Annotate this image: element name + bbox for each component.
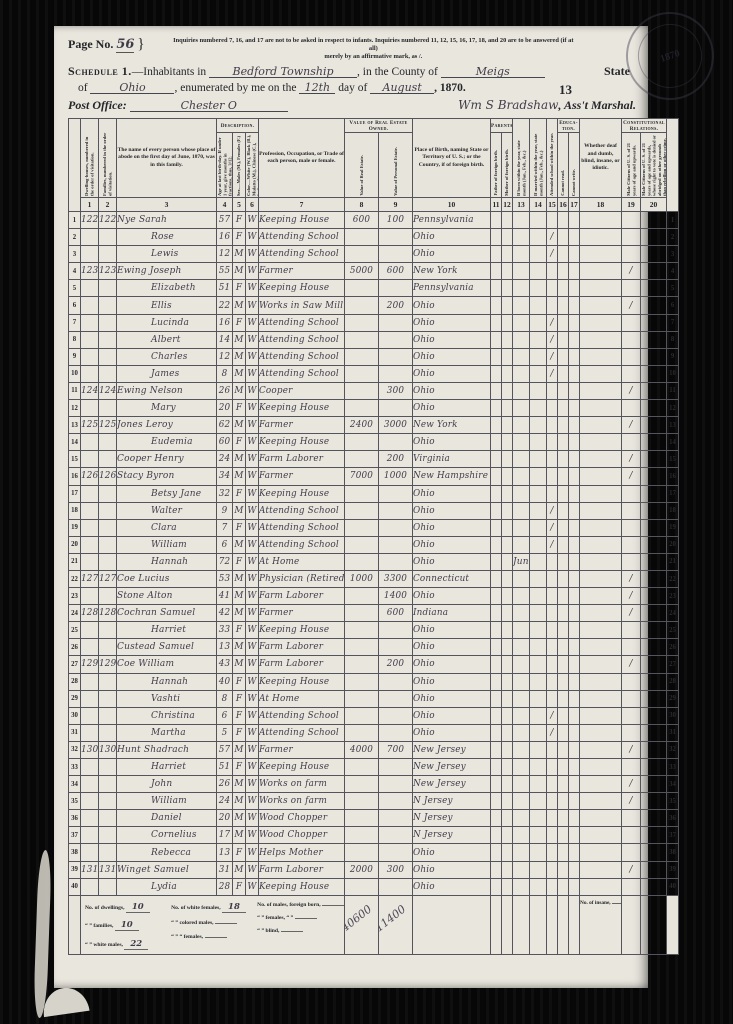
cell-pe bbox=[379, 553, 413, 570]
cell-occ: Attending School bbox=[259, 519, 345, 536]
cell-re bbox=[345, 553, 379, 570]
cell-fam bbox=[99, 331, 117, 348]
cell-c15: / bbox=[547, 536, 558, 553]
cell-c18 bbox=[580, 656, 622, 673]
cell-c20 bbox=[641, 724, 667, 741]
cell-c14 bbox=[530, 707, 547, 724]
cell-c20 bbox=[641, 417, 667, 434]
cell-c16 bbox=[558, 622, 569, 639]
cell-sex: F bbox=[233, 878, 246, 895]
cell-c20 bbox=[641, 280, 667, 297]
cell-c11 bbox=[491, 690, 502, 707]
cell-c20 bbox=[641, 759, 667, 776]
cell-c11 bbox=[491, 485, 502, 502]
table-row: 11124124Ewing Nelson26MWCooper300Ohio/11 bbox=[69, 382, 679, 399]
cell-c16 bbox=[558, 844, 569, 861]
cell-birth: Ohio bbox=[413, 553, 491, 570]
cell-c20 bbox=[641, 229, 667, 246]
cell-c14 bbox=[530, 280, 547, 297]
cell-col: W bbox=[246, 639, 259, 656]
white-males-total: 22 bbox=[124, 939, 148, 950]
cell-c13 bbox=[513, 570, 530, 587]
cell-c15 bbox=[547, 793, 558, 810]
cell-col: W bbox=[246, 536, 259, 553]
cell-name: Eudemia bbox=[117, 434, 217, 451]
cell-c19 bbox=[622, 844, 641, 861]
cell-col: W bbox=[246, 365, 259, 382]
cell-c19 bbox=[622, 707, 641, 724]
cell-c14 bbox=[530, 861, 547, 878]
cell-pe bbox=[379, 776, 413, 793]
cell-c20 bbox=[641, 553, 667, 570]
cell-age: 53 bbox=[217, 570, 233, 587]
cell-c12 bbox=[502, 331, 513, 348]
cell-dw: 126 bbox=[81, 468, 99, 485]
cell-pe: 3000 bbox=[379, 417, 413, 434]
cell-fam: 125 bbox=[99, 417, 117, 434]
cell-pe bbox=[379, 639, 413, 656]
cell-sex: F bbox=[233, 314, 246, 331]
cell-c17 bbox=[569, 382, 580, 399]
table-row: 28Hannah40FWKeeping HouseOhio28 bbox=[69, 673, 679, 690]
header-col13: If born within the year, state month (Ja… bbox=[513, 119, 530, 198]
cell-birth: Ohio bbox=[413, 707, 491, 724]
cell-pe bbox=[379, 502, 413, 519]
cell-col: W bbox=[246, 622, 259, 639]
cell-col: W bbox=[246, 468, 259, 485]
cell-occ: Keeping House bbox=[259, 878, 345, 895]
cell-age: 12 bbox=[217, 246, 233, 263]
cell-re bbox=[345, 502, 379, 519]
cell-c15 bbox=[547, 297, 558, 314]
cell-re bbox=[345, 519, 379, 536]
cell-c15: / bbox=[547, 246, 558, 263]
cell-pe bbox=[379, 229, 413, 246]
cell-c16 bbox=[558, 553, 569, 570]
cell-c15 bbox=[547, 861, 558, 878]
cell-birth: Virginia bbox=[413, 451, 491, 468]
cell-dw bbox=[81, 502, 99, 519]
header-col20: Male Citizens of U. S. of 21 years of ag… bbox=[641, 133, 667, 198]
cell-c13 bbox=[513, 468, 530, 485]
census-table-body: 1122122Nye Sarah57FWKeeping House600100P… bbox=[69, 212, 679, 896]
cell-c16 bbox=[558, 690, 569, 707]
cell-n: 37 bbox=[667, 827, 679, 844]
cell-re bbox=[345, 656, 379, 673]
table-row: 9Charles12MWAttending SchoolOhio/9 bbox=[69, 348, 679, 365]
cell-c16 bbox=[558, 588, 569, 605]
cell-pe bbox=[379, 690, 413, 707]
cell-c19 bbox=[622, 622, 641, 639]
cell-c12 bbox=[502, 861, 513, 878]
cell-c18 bbox=[580, 588, 622, 605]
cell-c14 bbox=[530, 741, 547, 758]
cell-age: 7 bbox=[217, 519, 233, 536]
column-number: 5 bbox=[233, 198, 246, 212]
cell-c19: / bbox=[622, 468, 641, 485]
footer-cell-c13 bbox=[513, 895, 530, 954]
cell-re bbox=[345, 844, 379, 861]
cell-n: 36 bbox=[69, 810, 81, 827]
cell-fam: 131 bbox=[99, 861, 117, 878]
cell-c16 bbox=[558, 827, 569, 844]
cell-c19 bbox=[622, 536, 641, 553]
cell-c19 bbox=[622, 690, 641, 707]
cell-c17 bbox=[569, 810, 580, 827]
cell-pe bbox=[379, 810, 413, 827]
cell-sex: M bbox=[233, 263, 246, 280]
cell-c16 bbox=[558, 400, 569, 417]
cell-name: Ewing Joseph bbox=[117, 263, 217, 280]
cell-c11 bbox=[491, 502, 502, 519]
cell-c14 bbox=[530, 519, 547, 536]
cell-c13 bbox=[513, 690, 530, 707]
cell-occ: Works in Saw Mill bbox=[259, 297, 345, 314]
cell-c15 bbox=[547, 827, 558, 844]
personal-estate-total: 11400 bbox=[379, 902, 409, 934]
cell-c15 bbox=[547, 776, 558, 793]
cell-c13 bbox=[513, 776, 530, 793]
cell-c17 bbox=[569, 707, 580, 724]
cell-birth: New Jersey bbox=[413, 776, 491, 793]
cell-c17 bbox=[569, 485, 580, 502]
cell-dw bbox=[81, 451, 99, 468]
table-row: 20William6MWAttending SchoolOhio/20 bbox=[69, 536, 679, 553]
cell-pe bbox=[379, 314, 413, 331]
cell-c11 bbox=[491, 861, 502, 878]
cell-c13 bbox=[513, 707, 530, 724]
cell-c18 bbox=[580, 844, 622, 861]
enumeration-line: of Ohio, enumerated by me on the 12th da… bbox=[78, 82, 636, 94]
cell-c11 bbox=[491, 878, 502, 895]
header-col2: Families, numbered in the order of visit… bbox=[99, 119, 117, 198]
cell-age: 31 bbox=[217, 861, 233, 878]
cell-fam bbox=[99, 707, 117, 724]
cell-c14 bbox=[530, 314, 547, 331]
cell-c12 bbox=[502, 382, 513, 399]
cell-c16 bbox=[558, 382, 569, 399]
cell-dw bbox=[81, 827, 99, 844]
cell-re bbox=[345, 400, 379, 417]
cell-c19 bbox=[622, 331, 641, 348]
cell-birth: Ohio bbox=[413, 878, 491, 895]
column-number: 4 bbox=[217, 198, 233, 212]
cell-c17 bbox=[569, 588, 580, 605]
cell-n: 39 bbox=[69, 861, 81, 878]
cell-re bbox=[345, 246, 379, 263]
cell-age: 8 bbox=[217, 365, 233, 382]
cell-pe bbox=[379, 724, 413, 741]
cell-c13 bbox=[513, 536, 530, 553]
cell-c14 bbox=[530, 844, 547, 861]
cell-c16 bbox=[558, 605, 569, 622]
footer-cell-c11 bbox=[491, 895, 502, 954]
cell-c19 bbox=[622, 212, 641, 229]
cell-c15 bbox=[547, 553, 558, 570]
cell-c19: / bbox=[622, 297, 641, 314]
cell-c20 bbox=[641, 570, 667, 587]
footer-cell-c16 bbox=[558, 895, 569, 954]
cell-sex: M bbox=[233, 741, 246, 758]
post-office-label: Post Office: bbox=[68, 98, 127, 112]
cell-re: 2400 bbox=[345, 417, 379, 434]
cell-pe bbox=[379, 519, 413, 536]
table-row: 7Lucinda16FWAttending SchoolOhio/7 bbox=[69, 314, 679, 331]
cell-c12 bbox=[502, 519, 513, 536]
footer-edge-left bbox=[69, 895, 81, 954]
table-row: 4123123Ewing Joseph55MWFarmer5000600New … bbox=[69, 263, 679, 280]
cell-age: 51 bbox=[217, 759, 233, 776]
cell-c20 bbox=[641, 314, 667, 331]
cell-c13 bbox=[513, 348, 530, 365]
table-row: 5Elizabeth51FWKeeping HousePennsylvania5 bbox=[69, 280, 679, 297]
table-row: 32130130Hunt Shadrach57MWFarmer4000700Ne… bbox=[69, 741, 679, 758]
cell-birth: Indiana bbox=[413, 605, 491, 622]
cell-re bbox=[345, 331, 379, 348]
cell-n: 34 bbox=[69, 776, 81, 793]
cell-n: 5 bbox=[69, 280, 81, 297]
cell-c18 bbox=[580, 759, 622, 776]
cell-n: 14 bbox=[69, 434, 81, 451]
cell-fam bbox=[99, 553, 117, 570]
cell-n: 15 bbox=[69, 451, 81, 468]
cell-age: 16 bbox=[217, 314, 233, 331]
cell-c17 bbox=[569, 212, 580, 229]
cell-dw bbox=[81, 639, 99, 656]
cell-n: 15 bbox=[667, 451, 679, 468]
cell-occ: Keeping House bbox=[259, 759, 345, 776]
cell-c20 bbox=[641, 246, 667, 263]
cell-c16 bbox=[558, 741, 569, 758]
cell-n: 2 bbox=[667, 229, 679, 246]
cell-pe bbox=[379, 348, 413, 365]
cell-name: Stacy Byron bbox=[117, 468, 217, 485]
cell-c19 bbox=[622, 246, 641, 263]
cell-c12 bbox=[502, 793, 513, 810]
table-row: 15Cooper Henry24MWFarm Laborer200Virgini… bbox=[69, 451, 679, 468]
cell-c11 bbox=[491, 776, 502, 793]
cell-c19: / bbox=[622, 741, 641, 758]
cell-c20 bbox=[641, 741, 667, 758]
cell-c11 bbox=[491, 417, 502, 434]
cell-fam bbox=[99, 297, 117, 314]
cell-re bbox=[345, 382, 379, 399]
page-number-block: Page No. 56 } bbox=[68, 36, 145, 53]
cell-c12 bbox=[502, 776, 513, 793]
cell-c12 bbox=[502, 810, 513, 827]
cell-c13 bbox=[513, 229, 530, 246]
cell-sex: M bbox=[233, 776, 246, 793]
cell-c12 bbox=[502, 570, 513, 587]
cell-fam bbox=[99, 690, 117, 707]
cell-c19: / bbox=[622, 263, 641, 280]
cell-c11 bbox=[491, 297, 502, 314]
cell-n: 24 bbox=[69, 605, 81, 622]
cell-c18 bbox=[580, 673, 622, 690]
cell-fam bbox=[99, 827, 117, 844]
header-col4: Age at last birth-day. If under 1 year, … bbox=[217, 133, 233, 198]
cell-age: 62 bbox=[217, 417, 233, 434]
cell-col: W bbox=[246, 297, 259, 314]
cell-dw: 125 bbox=[81, 417, 99, 434]
cell-birth: Ohio bbox=[413, 519, 491, 536]
cell-c15 bbox=[547, 844, 558, 861]
cell-col: W bbox=[246, 246, 259, 263]
cell-name: Betsy Jane bbox=[117, 485, 217, 502]
cell-dw bbox=[81, 759, 99, 776]
cell-c19 bbox=[622, 878, 641, 895]
cell-col: W bbox=[246, 793, 259, 810]
cell-c13 bbox=[513, 502, 530, 519]
cell-n: 16 bbox=[667, 468, 679, 485]
cell-c17 bbox=[569, 246, 580, 263]
cell-birth: Ohio bbox=[413, 229, 491, 246]
cell-c20 bbox=[641, 348, 667, 365]
cell-c20 bbox=[641, 451, 667, 468]
cell-c17 bbox=[569, 570, 580, 587]
table-row: 14Eudemia60FWKeeping HouseOhio14 bbox=[69, 434, 679, 451]
cell-c18 bbox=[580, 776, 622, 793]
cell-birth: Ohio bbox=[413, 365, 491, 382]
cell-birth: Ohio bbox=[413, 382, 491, 399]
cell-age: 34 bbox=[217, 468, 233, 485]
cell-c11 bbox=[491, 553, 502, 570]
cell-sex: M bbox=[233, 793, 246, 810]
cell-c11 bbox=[491, 673, 502, 690]
cell-c12 bbox=[502, 878, 513, 895]
inhabitants-text: —Inhabitants in bbox=[132, 66, 206, 78]
cell-c16 bbox=[558, 810, 569, 827]
column-number: 8 bbox=[345, 198, 379, 212]
table-row: 8Albert14MWAttending SchoolOhio/8 bbox=[69, 331, 679, 348]
cell-n: 19 bbox=[667, 519, 679, 536]
cell-fam bbox=[99, 810, 117, 827]
cell-re bbox=[345, 536, 379, 553]
cell-c19 bbox=[622, 827, 641, 844]
table-row: 16126126Stacy Byron34MWFarmer70001000New… bbox=[69, 468, 679, 485]
cell-c14 bbox=[530, 229, 547, 246]
cell-name: Clara bbox=[117, 519, 217, 536]
cell-fam bbox=[99, 776, 117, 793]
cell-c20 bbox=[641, 382, 667, 399]
cell-occ: Farm Laborer bbox=[259, 451, 345, 468]
cell-fam bbox=[99, 280, 117, 297]
cell-c14 bbox=[530, 485, 547, 502]
cell-c14 bbox=[530, 297, 547, 314]
cell-c14 bbox=[530, 502, 547, 519]
cell-n: 30 bbox=[667, 707, 679, 724]
cell-c15 bbox=[547, 468, 558, 485]
cell-n: 34 bbox=[667, 776, 679, 793]
cell-n: 13 bbox=[69, 417, 81, 434]
cell-c14 bbox=[530, 690, 547, 707]
cell-occ: Farm Laborer bbox=[259, 639, 345, 656]
cell-c17 bbox=[569, 434, 580, 451]
cell-re: 600 bbox=[345, 212, 379, 229]
cell-c19: / bbox=[622, 570, 641, 587]
cell-age: 5 bbox=[217, 724, 233, 741]
cell-c11 bbox=[491, 570, 502, 587]
cell-name: Rose bbox=[117, 229, 217, 246]
cell-n: 27 bbox=[69, 656, 81, 673]
cell-c14 bbox=[530, 570, 547, 587]
cell-fam bbox=[99, 622, 117, 639]
cell-c12 bbox=[502, 605, 513, 622]
footer-cell-c10 bbox=[413, 895, 491, 954]
month-field: August bbox=[370, 82, 434, 94]
cell-occ: Keeping House bbox=[259, 673, 345, 690]
cell-col: W bbox=[246, 382, 259, 399]
cell-c16 bbox=[558, 639, 569, 656]
cell-sex: F bbox=[233, 707, 246, 724]
cell-fam bbox=[99, 365, 117, 382]
cell-c11 bbox=[491, 707, 502, 724]
cell-n: 12 bbox=[667, 400, 679, 417]
cell-re bbox=[345, 434, 379, 451]
cell-c18 bbox=[580, 741, 622, 758]
cell-col: W bbox=[246, 280, 259, 297]
cell-c18 bbox=[580, 605, 622, 622]
cell-n: 10 bbox=[667, 365, 679, 382]
cell-c16 bbox=[558, 536, 569, 553]
cell-c14 bbox=[530, 656, 547, 673]
cell-c19: / bbox=[622, 588, 641, 605]
marshal-signature: Wm S Bradshaw bbox=[458, 98, 558, 112]
cell-c19: / bbox=[622, 605, 641, 622]
cell-age: 24 bbox=[217, 451, 233, 468]
table-row: 19Clara7FWAttending SchoolOhio/19 bbox=[69, 519, 679, 536]
cell-n: 28 bbox=[69, 673, 81, 690]
cell-age: 51 bbox=[217, 280, 233, 297]
cell-c19: / bbox=[622, 382, 641, 399]
cell-dw bbox=[81, 553, 99, 570]
cell-c20 bbox=[641, 827, 667, 844]
cell-c11 bbox=[491, 759, 502, 776]
cell-c18 bbox=[580, 793, 622, 810]
cell-col: W bbox=[246, 776, 259, 793]
cell-c12 bbox=[502, 297, 513, 314]
cell-c14 bbox=[530, 263, 547, 280]
cell-c14 bbox=[530, 451, 547, 468]
cell-occ: Attending School bbox=[259, 365, 345, 382]
table-row: 1122122Nye Sarah57FWKeeping House600100P… bbox=[69, 212, 679, 229]
cell-c15 bbox=[547, 673, 558, 690]
cell-n: 20 bbox=[667, 536, 679, 553]
cell-c14 bbox=[530, 622, 547, 639]
cell-re bbox=[345, 229, 379, 246]
footer-cell-c19 bbox=[622, 895, 641, 954]
cell-c17 bbox=[569, 690, 580, 707]
cell-c18 bbox=[580, 400, 622, 417]
cell-re bbox=[345, 639, 379, 656]
cell-n: 1 bbox=[667, 212, 679, 229]
cell-n: 38 bbox=[69, 844, 81, 861]
cell-n: 17 bbox=[667, 485, 679, 502]
cell-c14 bbox=[530, 827, 547, 844]
table-row: 13125125Jones Leroy62MWFarmer24003000New… bbox=[69, 417, 679, 434]
cell-sex: M bbox=[233, 827, 246, 844]
header-col19: Male Citizens of U. S. of 21 years of ag… bbox=[622, 133, 641, 198]
cell-c17 bbox=[569, 759, 580, 776]
cell-n: 2 bbox=[69, 229, 81, 246]
cell-c17 bbox=[569, 348, 580, 365]
cell-c13 bbox=[513, 417, 530, 434]
cell-pe bbox=[379, 793, 413, 810]
cell-col: W bbox=[246, 878, 259, 895]
cell-c16 bbox=[558, 570, 569, 587]
cell-dw bbox=[81, 724, 99, 741]
cell-c18 bbox=[580, 434, 622, 451]
